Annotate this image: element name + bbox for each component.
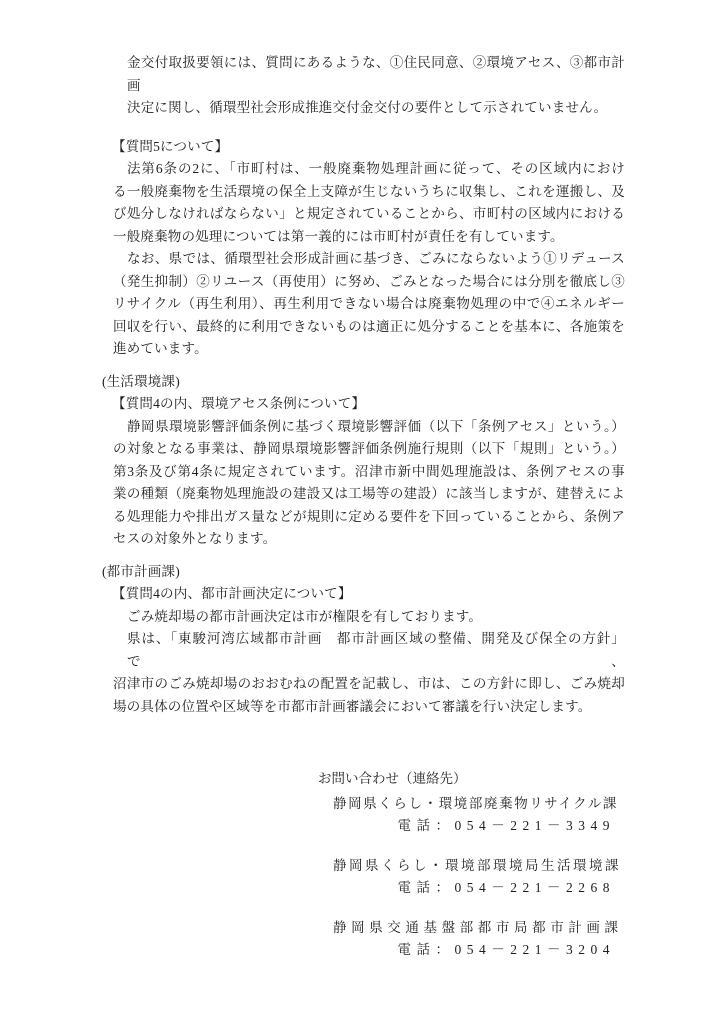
text-line: 回収を行い、最終的に利用できないものは適正に処分することを基本に、各施策を [113, 316, 625, 339]
text-line: セスの対象外となります。 [113, 528, 625, 551]
text-line: 静岡県環境影響評価条例に基づく環境影響評価（以下「条例アセス」という。） [127, 416, 625, 439]
text-line: 金交付取扱要領には、質問にあるような、①住民同意、②環境アセス、③都市計画 [127, 52, 625, 97]
text-line: （発生抑制）②リユース（再使用）に努め、ごみとなった場合には分別を徹底し③ [113, 271, 625, 294]
text-line: 場の具体の位置や区域等を市都市計画審議会において審議を行い決定します。 [113, 696, 625, 719]
text-line: 一般廃棄物の処理については第一義的には市町村が責任を有しています。 [113, 226, 625, 249]
text-line: 県は、「東駿河湾広域都市計画 都市計画区域の整備、開発及び保全の方針」で、 [127, 628, 625, 673]
question-heading: 【質問5について】 [112, 136, 625, 159]
text-line: なお、県では、循環型社会形成計画に基づき、ごみにならないよう①リデュース [127, 248, 625, 271]
text-line: る一般廃棄物を生活環境の保全上支障が生じないうちに収集し、これを運搬し、及 [113, 181, 625, 204]
contact-entry: 静岡県くらし・環境部環境局生活環境課電話：054－221－2268 [333, 855, 619, 900]
contact-department-name: 静岡県交通基盤部都市局都市計画課 [333, 917, 619, 940]
contact-entry: 静岡県くらし・環境部廃棄物リサイクル課電話：054－221－3349 [333, 793, 619, 838]
contact-entries: 静岡県くらし・環境部廃棄物リサイクル課電話：054－221－3349静岡県くらし… [318, 793, 619, 962]
contact-department-name: 静岡県くらし・環境部環境局生活環境課 [333, 855, 619, 878]
question-heading: 【質問4の内、都市計画決定について】 [112, 583, 625, 606]
contact-department-name: 静岡県くらし・環境部廃棄物リサイクル課 [333, 793, 619, 816]
text-line: 進めています。 [113, 338, 625, 361]
contact-entry: 静岡県交通基盤部都市局都市計画課電話：054－221－3204 [333, 917, 619, 962]
text-line: る処理能力や排出ガス量などが規則に定める要件を下回っていることから、条例ア [113, 506, 625, 529]
text-line: ごみ焼却場の都市計画決定は市が権限を有しております。 [127, 606, 625, 629]
text-line: び処分しなければならない」と規定されていることから、市町村の区域内における [113, 203, 625, 226]
contact-phone-number: 電話：054－221－3349 [333, 815, 619, 838]
text-line: 業の種類（廃棄物処理施設の建設又は工場等の建設）に該当しますが、建替えによ [113, 483, 625, 506]
text-line: 決定に関し、循環型社会形成推進交付金交付の要件として示されていません。 [127, 97, 625, 120]
contact-title: お問い合わせ（連絡先） [318, 768, 619, 791]
text-line: リサイクル（再生利用）、再生利用できない場合は廃棄物処理の中で④エネルギー [113, 293, 625, 316]
text-line: 法第6条の2に、「市町村は、一般廃棄物処理計画に従って、その区域内におけ [127, 158, 625, 181]
contact-phone-number: 電話：054－221－2268 [333, 877, 619, 900]
department-label: (生活環境課) [102, 371, 625, 394]
contact-info-block: お問い合わせ（連絡先） 静岡県くらし・環境部廃棄物リサイクル課電話：054－22… [318, 768, 619, 962]
blank-line [102, 361, 625, 371]
text-line: 沼津市のごみ焼却場のおおむねの配置を記載し、市は、この方針に即し、ごみ焼却 [113, 673, 625, 696]
text-line: の対象となる事業は、静岡県環境影響評価条例施行規則（以下「規則」という。） [113, 438, 625, 461]
document-page-body: 金交付取扱要領には、質問にあるような、①住民同意、②環境アセス、③都市計画決定に… [102, 52, 625, 718]
contact-phone-number: 電話：054－221－3204 [333, 939, 619, 962]
question-heading: 【質問4の内、環境アセス条例について】 [112, 393, 625, 416]
blank-line [102, 120, 625, 136]
department-label: (都市計画課) [102, 561, 625, 584]
text-line: 第3条及び第4条に規定されています。沼津市新中間処理施設は、条例アセスの事 [113, 461, 625, 484]
blank-line [102, 551, 625, 561]
